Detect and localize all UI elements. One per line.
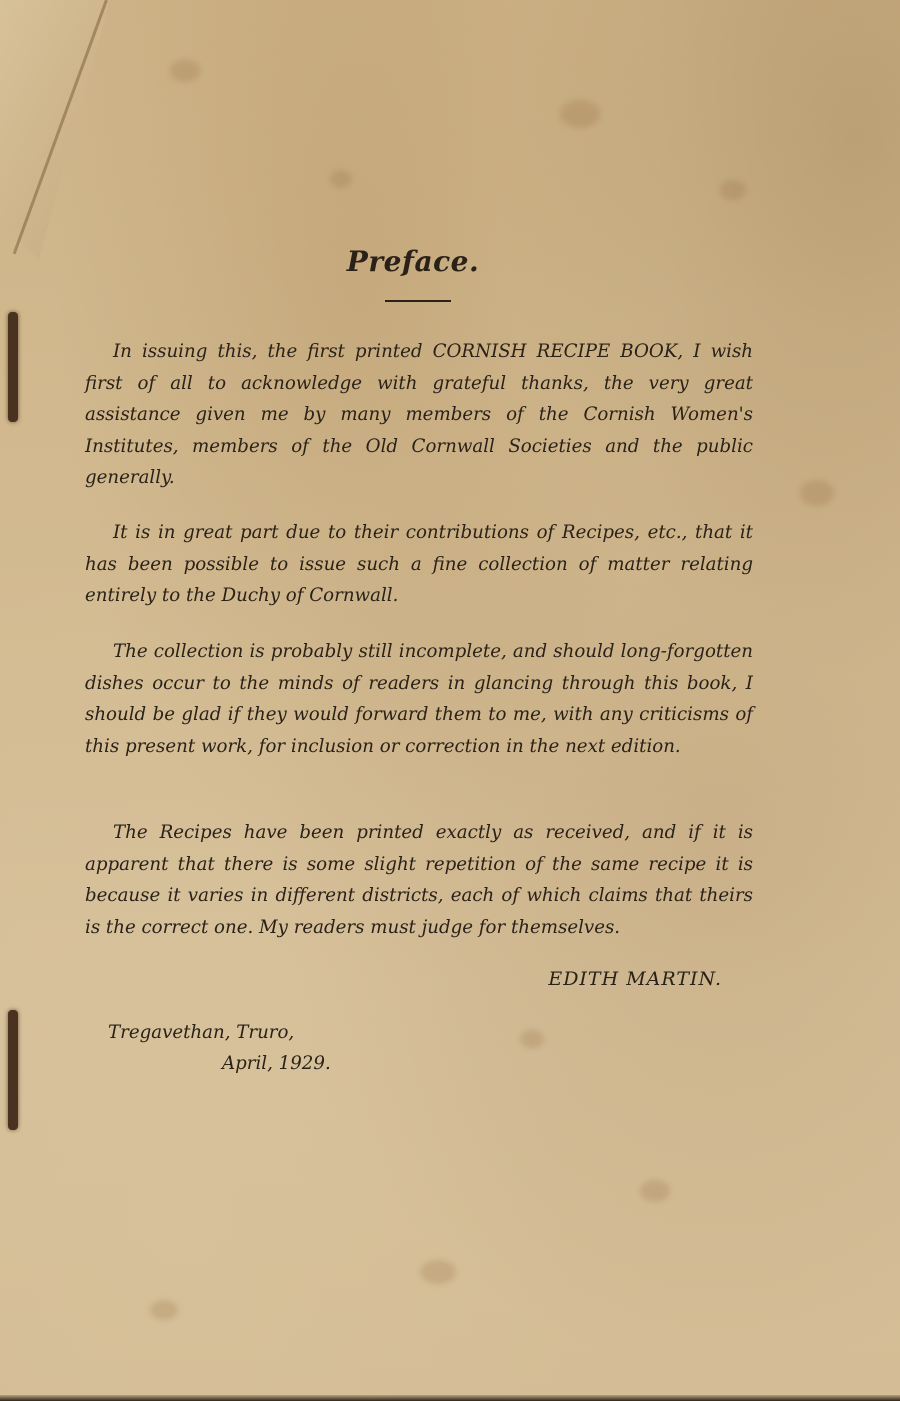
paragraph-1: In issuing this, the first printed CORNI…	[85, 336, 753, 494]
binding-stitch-top	[8, 312, 18, 422]
binding-stitch-bottom	[8, 1010, 18, 1130]
paragraph-2: It is in great part due to their contrib…	[85, 517, 753, 612]
stain-spot	[520, 1030, 544, 1048]
date-line: April, 1929.	[222, 1053, 331, 1074]
stain-spot	[640, 1180, 670, 1202]
aged-paper-page: Preface. In issuing this, the first prin…	[0, 0, 900, 1401]
stain-spot	[800, 480, 834, 506]
stain-spot	[720, 180, 746, 200]
stain-spot	[170, 60, 200, 82]
place-line: Tregavethan, Truro,	[108, 1022, 294, 1043]
stain-spot	[330, 170, 352, 188]
stain-spot	[560, 100, 600, 128]
page-bottom-edge	[0, 1395, 900, 1401]
page-title: Preface.	[0, 245, 826, 278]
paragraph-3: The collection is probably still incompl…	[85, 636, 753, 762]
title-divider	[385, 300, 451, 302]
stain-spot	[150, 1300, 178, 1320]
stain-spot	[420, 1260, 456, 1284]
paragraph-4: The Recipes have been printed exactly as…	[85, 817, 753, 943]
author-signature: EDITH MARTIN.	[0, 968, 722, 990]
